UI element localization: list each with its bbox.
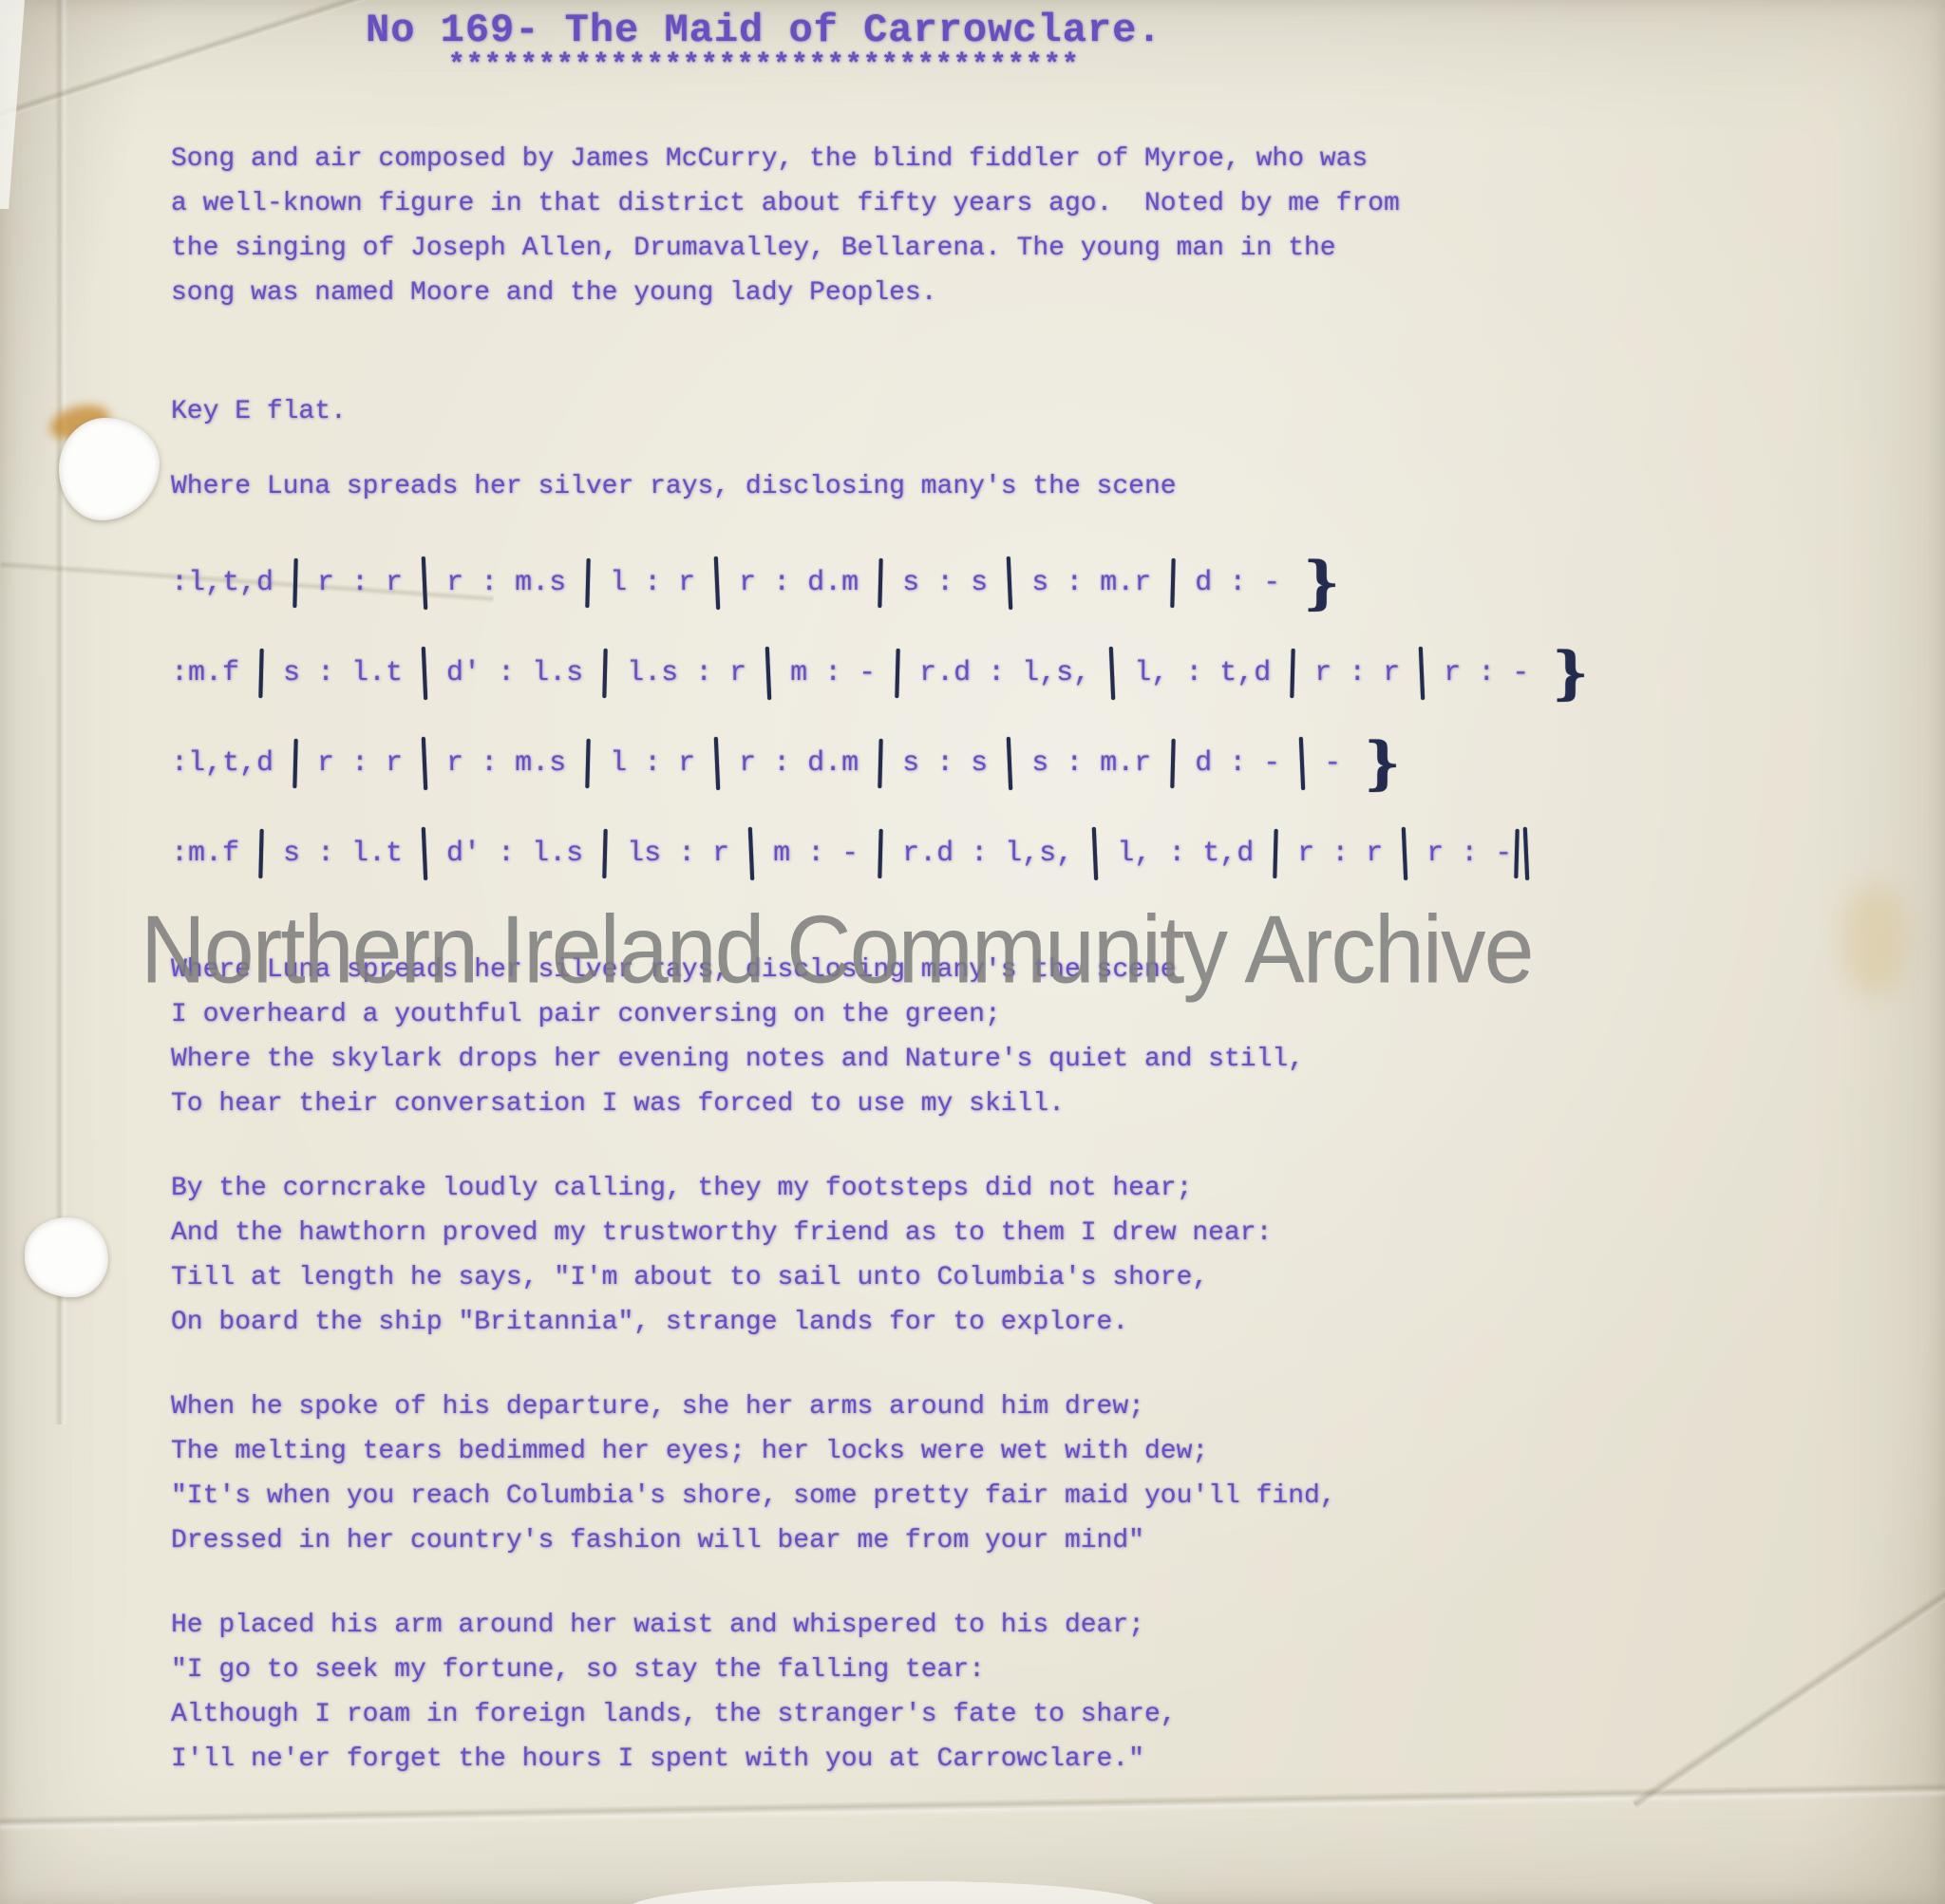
text-line: Dressed in her country's fashion will be… <box>171 1518 1814 1563</box>
solfa-notes: r.d : l,s, <box>885 838 1090 870</box>
barline-mark <box>602 828 607 877</box>
barline-mark <box>1523 826 1529 879</box>
barline-mark <box>714 736 720 789</box>
barline-mark <box>1007 556 1012 609</box>
text-line: Song and air composed by James McCurry, … <box>171 137 1814 181</box>
text-line: On board the ship "Britannia", strange l… <box>171 1300 1814 1345</box>
solfa-notes: s : m.r <box>1014 747 1168 780</box>
barline-mark <box>765 646 771 699</box>
solfa-notes: s : m.r <box>1014 567 1168 599</box>
barline-mark <box>1419 646 1425 699</box>
solfa-notes: l, : t,d <box>1100 838 1271 870</box>
verse: Where Luna spreads her silver rays, disc… <box>171 948 1814 1126</box>
solfa-notes: r : r <box>300 747 420 780</box>
barline-mark <box>1171 557 1176 607</box>
torn-edge <box>0 0 25 209</box>
solfa-notes: :l,t,d <box>171 747 291 780</box>
verse: He placed his arm around her waist and w… <box>171 1603 1814 1781</box>
barline-mark <box>1171 738 1176 787</box>
barline-mark <box>748 826 754 879</box>
barline-mark <box>422 646 427 699</box>
text-line: Where the skylark drops her evening note… <box>171 1037 1814 1082</box>
title-underline: *********************************** <box>366 49 1162 82</box>
barline-mark <box>878 828 882 877</box>
intro-paragraph: Song and air composed by James McCurry, … <box>171 137 1814 315</box>
key-signature: Key E flat. <box>171 389 1814 434</box>
barline-mark <box>714 556 720 609</box>
text-line: song was named Moore and the young lady … <box>171 271 1814 315</box>
barline-mark <box>422 736 427 789</box>
solfa-notes: r : d.m <box>722 567 876 599</box>
text-line: When he spoke of his departure, she her … <box>171 1385 1814 1429</box>
solfa-line: :l,t,d r : r r : m.s l : r r : d.m s : s… <box>171 537 1814 628</box>
barline-mark <box>422 826 427 879</box>
text-line: Till at length he says, "I'm about to sa… <box>171 1255 1814 1300</box>
solfa-notes: l.s : r <box>610 657 764 689</box>
solfa-notes: r : m.s <box>429 747 583 780</box>
solfa-notes: m : - <box>773 657 893 689</box>
barline-mark <box>878 738 882 787</box>
barline-mark <box>1092 826 1098 879</box>
text-line: To hear their conversation I was forced … <box>171 1082 1814 1126</box>
torn-edge <box>627 1881 1159 1904</box>
page-title: No 169- The Maid of Carrowclare. <box>366 8 1162 53</box>
solfa-notes: r : r <box>300 567 420 599</box>
solfa-line: :m.f s : l.t d' : l.s ls : r m : - r.d :… <box>171 808 1814 898</box>
solfa-line: :m.f s : l.t d' : l.s l.s : r m : - r.d … <box>171 628 1814 718</box>
barline-mark <box>1291 648 1295 697</box>
solfa-notes: l, : t,d <box>1117 657 1288 689</box>
barline-mark <box>293 738 297 787</box>
barline-mark <box>1007 736 1012 789</box>
text-line: He placed his arm around her waist and w… <box>171 1603 1814 1648</box>
text-line: Although I roam in foreign lands, the st… <box>171 1692 1814 1737</box>
solfa-notes: d : - <box>1178 567 1297 599</box>
barline-mark <box>1109 646 1115 699</box>
text-line: "I go to seek my fortune, so stay the fa… <box>171 1648 1814 1692</box>
solfa-notes: d' : l.s <box>429 657 600 689</box>
text-line: I'll ne'er forget the hours I spent with… <box>171 1737 1814 1781</box>
tune-first-line: Where Luna spreads her silver rays, disc… <box>171 464 1814 509</box>
text-line: The melting tears bedimmed her eyes; her… <box>171 1429 1814 1474</box>
solfa-notes: s : s <box>885 567 1005 599</box>
solfa-notes: r : d.m <box>722 747 876 780</box>
solfa-notes: s : s <box>885 747 1005 780</box>
solfa-notes: :m.f <box>171 657 256 689</box>
verse: By the corncrake loudly calling, they my… <box>171 1166 1814 1345</box>
punch-hole <box>25 1217 108 1297</box>
paper-stain <box>1842 883 1909 997</box>
typescript-content: No 169- The Maid of Carrowclare. *******… <box>171 8 1814 1821</box>
text-line: a well-known figure in that district abo… <box>171 181 1814 226</box>
verses: Where Luna spreads her silver rays, disc… <box>171 948 1814 1781</box>
text-line: By the corncrake loudly calling, they my… <box>171 1166 1814 1211</box>
solfa-notes: r : r <box>1280 838 1400 870</box>
barline-mark <box>585 738 590 787</box>
solfa-notes: s : l.t <box>266 657 420 689</box>
solfa-notes: r : - <box>1409 838 1512 870</box>
barline-mark <box>878 557 882 607</box>
solfa-notes: :l,t,d <box>171 567 291 599</box>
text-line: the singing of Joseph Allen, Drumavalley… <box>171 226 1814 271</box>
barline-mark <box>1515 828 1520 877</box>
solfa-notes: l : r <box>593 567 712 599</box>
barline-mark <box>258 828 263 877</box>
solfa-notes: m : - <box>756 838 876 870</box>
barline-mark <box>1299 736 1305 789</box>
solfa-notes: ls : r <box>610 838 746 870</box>
solfa-notes: r : - <box>1426 657 1546 689</box>
text-line: "It's when you reach Columbia's shore, s… <box>171 1474 1814 1518</box>
scanned-typescript-page: No 169- The Maid of Carrowclare. *******… <box>0 0 1945 1904</box>
solfa-notation: :l,t,d r : r r : m.s l : r r : d.m s : s… <box>171 537 1814 898</box>
solfa-notes: - <box>1307 747 1358 780</box>
title-block: No 169- The Maid of Carrowclare. *******… <box>366 8 1162 82</box>
text-line: I overheard a youthful pair conversing o… <box>171 992 1814 1037</box>
barline-mark <box>1402 826 1407 879</box>
solfa-notes: r : m.s <box>429 567 583 599</box>
text-line: Where Luna spreads her silver rays, disc… <box>171 948 1814 992</box>
barline-mark <box>585 557 590 607</box>
barline-mark <box>258 648 263 697</box>
barline-mark <box>1274 828 1278 877</box>
solfa-notes: l : r <box>593 747 712 780</box>
solfa-notes: r.d : l,s, <box>902 657 1107 689</box>
punch-hole <box>59 418 160 520</box>
solfa-notes: s : l.t <box>266 838 420 870</box>
barline-mark <box>602 648 607 697</box>
solfa-notes: d : - <box>1178 747 1297 780</box>
barline-mark <box>293 557 297 607</box>
paper-crease <box>55 0 68 1424</box>
verse: When he spoke of his departure, she her … <box>171 1385 1814 1563</box>
solfa-notes: r : r <box>1297 657 1417 689</box>
solfa-notes: d' : l.s <box>429 838 600 870</box>
text-line: And the hawthorn proved my trustworthy f… <box>171 1211 1814 1255</box>
solfa-notes: :m.f <box>171 838 256 870</box>
barline-mark <box>895 648 899 697</box>
solfa-line: :l,t,d r : r r : m.s l : r r : d.m s : s… <box>171 718 1814 808</box>
barline-mark <box>422 556 427 609</box>
